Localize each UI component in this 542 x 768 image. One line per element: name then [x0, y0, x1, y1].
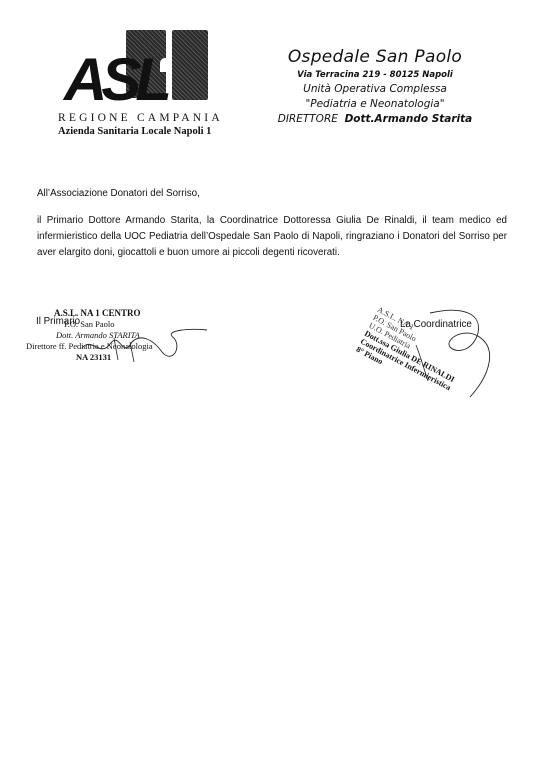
hospital-address: Via Terracina 219 - 80125 Napoli	[262, 68, 488, 82]
director-label: DIRETTORE	[278, 113, 338, 125]
hospital-unit: Unità Operativa Complessa	[262, 82, 488, 97]
handwritten-signature-icon	[370, 285, 520, 405]
hospital-header: Ospedale San Paolo Via Terracina 219 - 8…	[262, 46, 488, 127]
signature-primario: A.S.L. NA 1 CENTRO Il Primario P.O. San …	[22, 308, 222, 378]
hospital-director: DIRETTORE Dott.Armando Starita	[262, 112, 488, 127]
letter-salutation: All’Associazione Donatori del Sorriso,	[37, 188, 200, 199]
castle-tower-right	[172, 30, 208, 100]
logo-agency: Azienda Sanitaria Locale Napoli 1	[58, 126, 211, 137]
logo-region: REGIONE CAMPANIA	[58, 112, 223, 124]
asl-logo: ASL REGIONE CAMPANIA Azienda Sanitaria L…	[56, 28, 236, 138]
director-name: Dott.Armando Starita	[345, 113, 473, 125]
signature-coordinatrice: A.S.L. NA 1 P.O. San Paolo U.O. Pediatri…	[370, 285, 520, 405]
handwritten-signature-icon	[22, 308, 222, 378]
hospital-name: Ospedale San Paolo	[262, 46, 488, 68]
hospital-department: "Pediatria e Neonatologia"	[262, 97, 488, 112]
logo-acronym: ASL	[64, 50, 166, 110]
castle-logo-icon: ASL	[64, 28, 214, 110]
letter-body: il Primario Dottore Armando Starita, la …	[37, 213, 507, 261]
